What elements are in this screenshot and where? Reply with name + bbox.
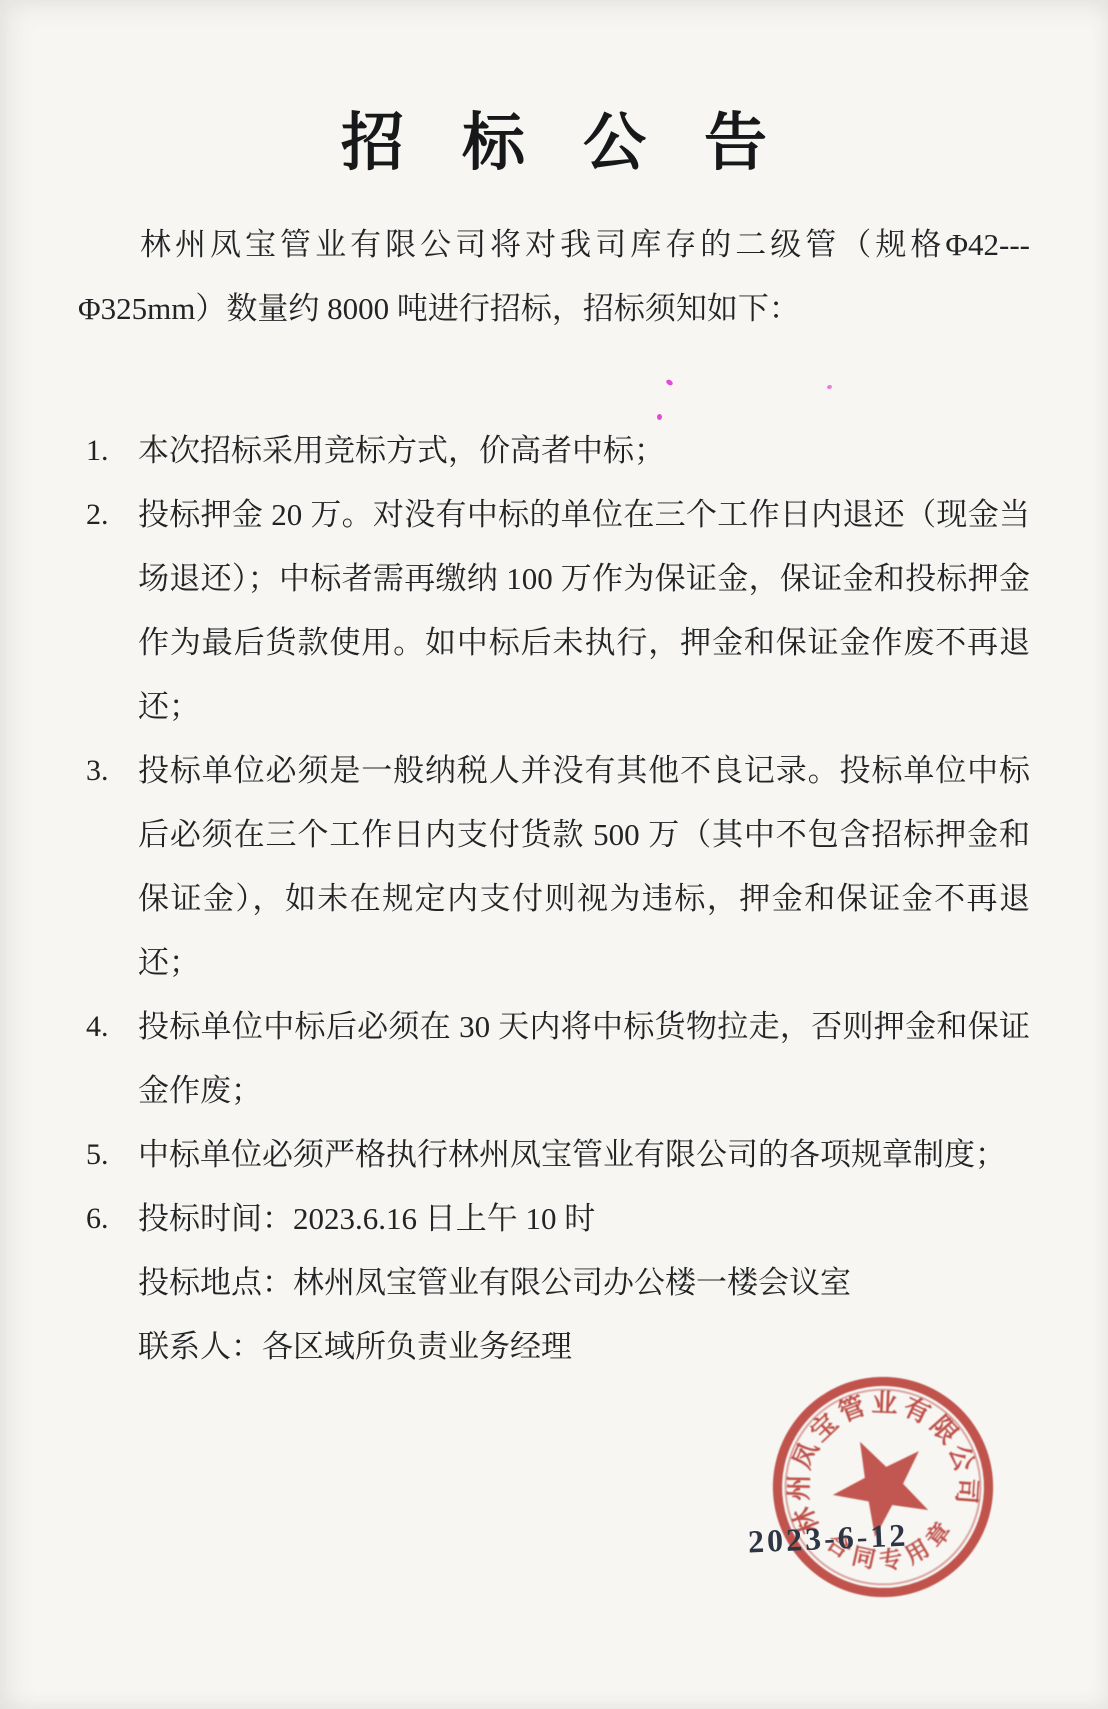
- list-item-4: 4. 投标单位中标后必须在 30 天内将中标货物拉走，否则押金和保证金作废；: [78, 995, 1030, 1123]
- seal-graphic: 林州凤宝管业有限公司 合同专用章: [726, 1330, 1039, 1643]
- item-text: 投标单位中标后必须在 30 天内将中标货物拉走，否则押金和保证金作废；: [138, 995, 1030, 1123]
- list-item-2: 2. 投标押金 20 万。对没有中标的单位在三个工作日内退还（现金当场退还）；中…: [78, 483, 1030, 739]
- list-item-3: 3. 投标单位必须是一般纳税人并没有其他不良记录。投标单位中标后必须在三个工作日…: [78, 739, 1030, 995]
- handwritten-date: 2023-6-12: [747, 1517, 909, 1561]
- location-text: 投标地点：林州凤宝管业有限公司办公楼一楼会议室: [138, 1251, 1030, 1315]
- item-text: 投标单位必须是一般纳税人并没有其他不良记录。投标单位中标后必须在三个工作日内支付…: [138, 739, 1030, 995]
- item-number: 6.: [78, 1187, 138, 1251]
- doc-title: 招标公告: [78, 92, 1030, 183]
- notice-list: 1. 本次招标采用竞标方式，价高者中标； 2. 投标押金 20 万。对没有中标的…: [78, 419, 1030, 1379]
- scanned-tender-document: { "doc": { "title": "招标公告", "intro": "林州…: [0, 0, 1108, 1709]
- item-text: 中标单位必须严格执行林州凤宝管业有限公司的各项规章制度；: [138, 1123, 1030, 1187]
- item-number: 2.: [78, 483, 138, 547]
- company-seal: 林州凤宝管业有限公司 合同专用章: [726, 1330, 1039, 1643]
- item-text: 投标时间：2023.6.16 日上午 10 时: [138, 1187, 1030, 1251]
- intro-paragraph: 林州凤宝管业有限公司将对我司库存的二级管（规格Φ42---Φ325mm）数量约 …: [78, 213, 1030, 341]
- list-item-6: 6. 投标时间：2023.6.16 日上午 10 时: [78, 1187, 1030, 1251]
- item-text: 本次招标采用竞标方式，价高者中标；: [138, 419, 1030, 483]
- list-item-1: 1. 本次招标采用竞标方式，价高者中标；: [78, 419, 1030, 483]
- item-number: 5.: [78, 1123, 138, 1187]
- item-number: 1.: [78, 419, 138, 483]
- magenta-scan-speck: [657, 414, 662, 420]
- list-item-5: 5. 中标单位必须严格执行林州凤宝管业有限公司的各项规章制度；: [78, 1123, 1030, 1187]
- item-number: 3.: [78, 739, 138, 803]
- document-page: 招标公告 林州凤宝管业有限公司将对我司库存的二级管（规格Φ42---Φ325mm…: [0, 0, 1108, 1379]
- item-number: 4.: [78, 995, 138, 1059]
- item-text: 投标押金 20 万。对没有中标的单位在三个工作日内退还（现金当场退还）；中标者需…: [138, 483, 1030, 739]
- location-line: 投标地点：林州凤宝管业有限公司办公楼一楼会议室: [78, 1251, 1030, 1315]
